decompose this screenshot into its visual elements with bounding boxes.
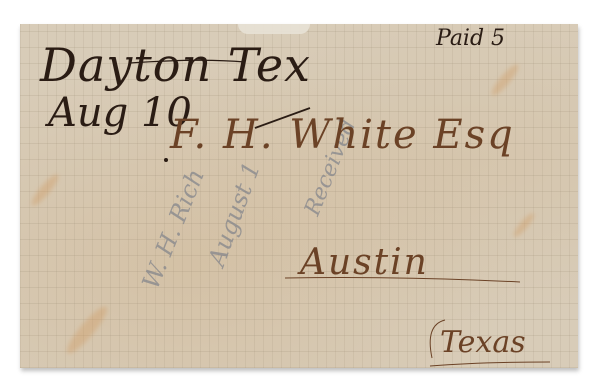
postmark-town: Dayton Tex <box>40 38 311 92</box>
rate-marking: Paid 5 <box>436 26 505 51</box>
addressee-city: Austin <box>300 242 429 283</box>
addressee-name: F. H. White Esq <box>170 112 515 158</box>
addressee-state: Texas <box>440 325 526 360</box>
torn-edge <box>238 24 310 34</box>
